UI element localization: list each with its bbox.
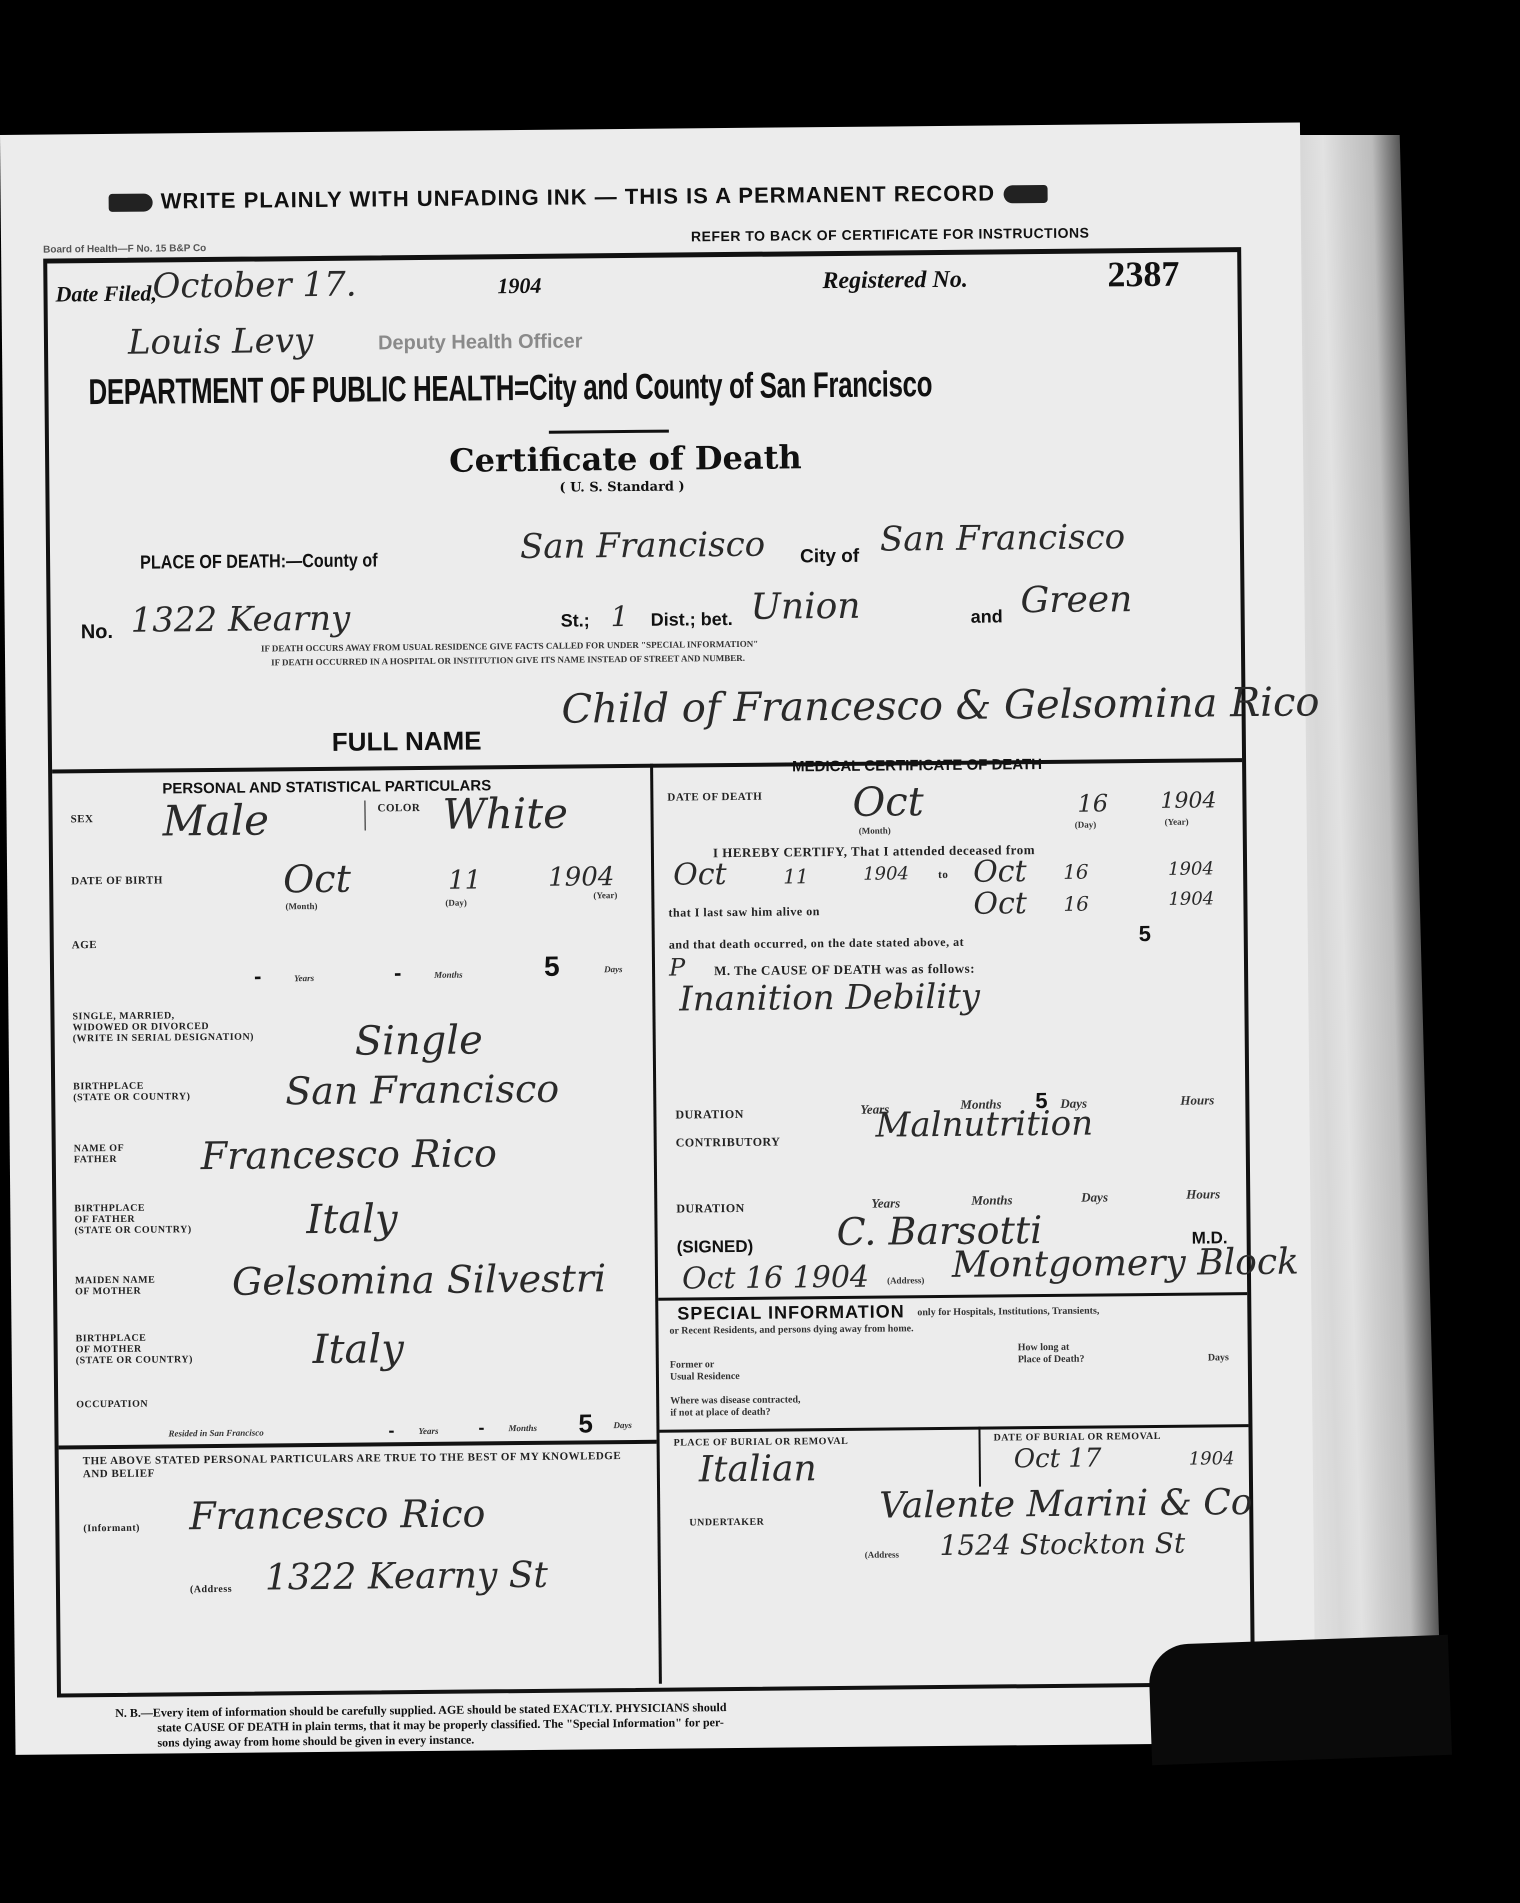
- place-of-death-label: PLACE OF DEATH:—County of: [140, 550, 378, 574]
- registered-no: 2387: [1107, 253, 1179, 296]
- last-saw-text: that I last saw him alive on: [668, 904, 819, 920]
- attended-from-year: 1904: [863, 863, 909, 884]
- dod-month: Oct: [852, 779, 924, 826]
- former-residence-label: Former or Usual Residence: [670, 1359, 740, 1384]
- last-saw-year: 1904: [1168, 888, 1214, 909]
- binding-shadow: [1148, 1635, 1452, 1765]
- dod-day-caption: (Day): [1075, 820, 1097, 830]
- city-label: City of: [800, 546, 859, 569]
- undertaker-label: UNDERTAKER: [689, 1517, 764, 1529]
- dob-month: Oct: [283, 857, 351, 902]
- occupation-label: OCCUPATION: [76, 1399, 148, 1411]
- between-street-2: Green: [1020, 579, 1132, 621]
- undertaker-address: 1524 Stockton St: [939, 1527, 1185, 1562]
- dist-label: Dist.; bet.: [651, 609, 733, 631]
- time-hour: 5: [1139, 921, 1151, 947]
- duration2-label: DURATION: [676, 1201, 745, 1217]
- medical-heading: MEDICAL CERTIFICATE OF DEATH: [792, 756, 1042, 775]
- special-heading: SPECIAL INFORMATION: [677, 1301, 905, 1324]
- marital-label: SINGLE, MARRIED, WIDOWED OR DIVORCED (Wr…: [72, 1010, 254, 1045]
- attended-to-year: 1904: [1168, 858, 1214, 879]
- between-street-1: Union: [750, 586, 860, 628]
- cause-value: Inanition Debility: [679, 977, 980, 1020]
- dod-day: 16: [1077, 789, 1108, 817]
- resided-days: 5: [578, 1408, 593, 1439]
- certificate-frame: Date Filed, October 17. 1904 Registered …: [43, 247, 1255, 1697]
- officer-title: Deputy Health Officer: [378, 330, 583, 355]
- informant-address: 1322 Kearny St: [265, 1555, 548, 1599]
- burial-date-month-day: Oct 17: [1014, 1443, 1102, 1474]
- dob-year-caption: (Year): [593, 890, 617, 900]
- color-value: White: [442, 789, 568, 839]
- department-title: DEPARTMENT OF PUBLIC HEALTH=City and Cou…: [88, 363, 932, 413]
- contributory-label: CONTRIBUTORY: [676, 1135, 781, 1151]
- burial-date-label: DATE of BURIAL or REMOVAL: [994, 1431, 1161, 1444]
- attended-to-month: Oct: [973, 854, 1027, 890]
- officer-signature: Louis Levy: [128, 321, 314, 363]
- dod-year-caption: (Year): [1165, 817, 1189, 827]
- dod-month-caption: (Month): [859, 825, 891, 835]
- date-filed-label: Date Filed,: [55, 281, 157, 308]
- age-years-caption: Years: [294, 973, 314, 983]
- place-note-1: IF DEATH OCCURS AWAY FROM USUAL RESIDENC…: [261, 639, 758, 654]
- father-birthplace-label: BIRTHPLACE OF FATHER (State or Country): [74, 1202, 191, 1236]
- special-heading-note: only for Hospitals, Institutions, Transi…: [917, 1306, 1099, 1319]
- date-filed-month-day: October 17.: [152, 265, 356, 307]
- resided-label: Resided in San Francisco: [168, 1428, 263, 1439]
- age-days-caption: Days: [604, 964, 623, 974]
- and-label: and: [971, 606, 1003, 627]
- burial-place-label: PLACE OF BURIAL OR REMOVAL: [674, 1436, 849, 1449]
- dob-day-caption: (Day): [445, 898, 467, 908]
- column-divider: [650, 764, 662, 1684]
- pointing-hand-icon: [109, 194, 153, 212]
- birthplace-value: San Francisco: [285, 1067, 559, 1114]
- title-divider: [549, 430, 669, 434]
- age-years: -: [254, 964, 262, 990]
- dob-year: 1904: [548, 862, 614, 893]
- undertaker-value: Valente Marini & Co: [879, 1482, 1253, 1527]
- burial-column-divider: [978, 1427, 981, 1487]
- refer-instructions: REFER TO BACK OF CERTIFICATE FOR INSTRUC…: [691, 225, 1090, 245]
- mother-value: Gelsomina Silvestri: [232, 1256, 607, 1304]
- dob-day: 11: [448, 865, 481, 895]
- attended-from-month: Oct: [673, 857, 727, 893]
- marital-value: Single: [354, 1017, 482, 1064]
- age-months-caption: Months: [434, 970, 463, 980]
- street-no-label: No.: [81, 621, 113, 644]
- attended-to-day: 16: [1063, 860, 1089, 884]
- informant-divider: [59, 1440, 657, 1450]
- father-label: NAME OF FATHER: [74, 1143, 125, 1165]
- certificate-title: Certificate of Death: [449, 438, 802, 479]
- form-code: Board of Health—F No. 15 B&P Co: [43, 243, 206, 256]
- city-value: San Francisco: [880, 517, 1126, 559]
- mother-label: MAIDEN NAME OF MOTHER: [75, 1275, 155, 1298]
- dod-year: 1904: [1160, 788, 1216, 814]
- father-value: Francesco Rico: [201, 1131, 498, 1178]
- county-value: San Francisco: [520, 525, 766, 567]
- resided-months-caption: Months: [508, 1423, 537, 1433]
- contracted-label: Where was disease contracted, if not at …: [670, 1394, 801, 1419]
- pointing-hand-icon: [1003, 185, 1047, 203]
- place-note-2: IF DEATH OCCURRED IN A HOSPITAL OR INSTI…: [271, 653, 745, 668]
- sex-value: Male: [162, 795, 269, 845]
- burial-date-year: 1904: [1189, 1448, 1235, 1469]
- attended-from-day: 11: [783, 864, 809, 888]
- informant-name: Francesco Rico: [189, 1491, 486, 1538]
- mother-birthplace-value: Italy: [312, 1326, 404, 1373]
- permanent-record-warning: WRITE PLAINLY WITH UNFADING INK — THIS I…: [101, 180, 1056, 215]
- dob-label: DATE OF BIRTH: [71, 874, 163, 887]
- duration2-hours-caption: Hours: [1186, 1186, 1220, 1202]
- dob-month-caption: (Month): [285, 901, 317, 911]
- signed-date: Oct 16 1904: [682, 1260, 869, 1297]
- age-days: 5: [544, 951, 560, 983]
- special-subnote: or Recent Residents, and persons dying a…: [669, 1323, 913, 1336]
- how-long-unit: Days: [1208, 1352, 1229, 1363]
- duration2-days-caption: Days: [1081, 1189, 1108, 1205]
- burial-place: Italian: [699, 1448, 817, 1490]
- mother-birthplace-label: BIRTHPLACE OF MOTHER (State or Country): [76, 1332, 193, 1366]
- death-certificate-page: WRITE PLAINLY WITH UNFADING INK — THIS I…: [0, 123, 1315, 1755]
- date-filed-year: 1904: [497, 273, 541, 299]
- dist-value: 1: [610, 600, 628, 633]
- last-saw-month: Oct: [973, 886, 1027, 922]
- resided-years: -: [388, 1420, 394, 1441]
- section-divider: [52, 758, 1242, 773]
- birthplace-label: BIRTHPLACE (State or Country): [73, 1080, 190, 1103]
- informant-statement: THE ABOVE STATED PERSONAL PARTICULARS AR…: [83, 1450, 643, 1481]
- full-name-value: Child of Francesco & Gelsomina Rico: [561, 679, 1319, 732]
- informant-address-label: (Address: [190, 1584, 232, 1595]
- color-label: COLOR: [377, 802, 420, 814]
- full-name-label: FULL NAME: [332, 725, 482, 757]
- resided-years-caption: Years: [418, 1426, 438, 1436]
- st-label: St.;: [561, 610, 590, 631]
- sex-label: SEX: [71, 813, 94, 825]
- street-number: 1322 Kearny: [130, 599, 350, 641]
- duration-hours-caption: Hours: [1180, 1092, 1214, 1108]
- undertaker-address-label: (Address: [865, 1549, 899, 1559]
- us-standard: ( U. S. Standard ): [559, 479, 684, 495]
- signed-address-label: (Address): [887, 1275, 924, 1285]
- occurred-text: and that death occurred, on the date sta…: [669, 935, 964, 953]
- age-label: AGE: [72, 939, 97, 951]
- father-birthplace-value: Italy: [306, 1196, 398, 1243]
- footer-note: N. B.—Every item of information should b…: [115, 1700, 727, 1751]
- contributory-value: Malnutrition: [875, 1104, 1093, 1146]
- resided-months: -: [478, 1417, 484, 1438]
- signed-label: (SIGNED): [677, 1237, 754, 1258]
- last-saw-day: 16: [1063, 892, 1089, 916]
- duration2-months-caption: Months: [971, 1192, 1012, 1208]
- informant-label: (Informant): [83, 1523, 140, 1535]
- resided-days-caption: Days: [613, 1420, 632, 1430]
- sex-color-divider: [364, 801, 365, 831]
- duration-label: DURATION: [675, 1107, 744, 1123]
- signed-address: Montgomery Block: [952, 1242, 1299, 1286]
- time-meridiem: P: [669, 953, 685, 981]
- age-months: -: [394, 960, 402, 986]
- to-label: to: [938, 869, 948, 881]
- registered-no-label: Registered No.: [822, 267, 968, 295]
- how-long-label: How long at Place of Death?: [1018, 1342, 1085, 1367]
- dod-label: DATE OF DEATH: [667, 791, 762, 804]
